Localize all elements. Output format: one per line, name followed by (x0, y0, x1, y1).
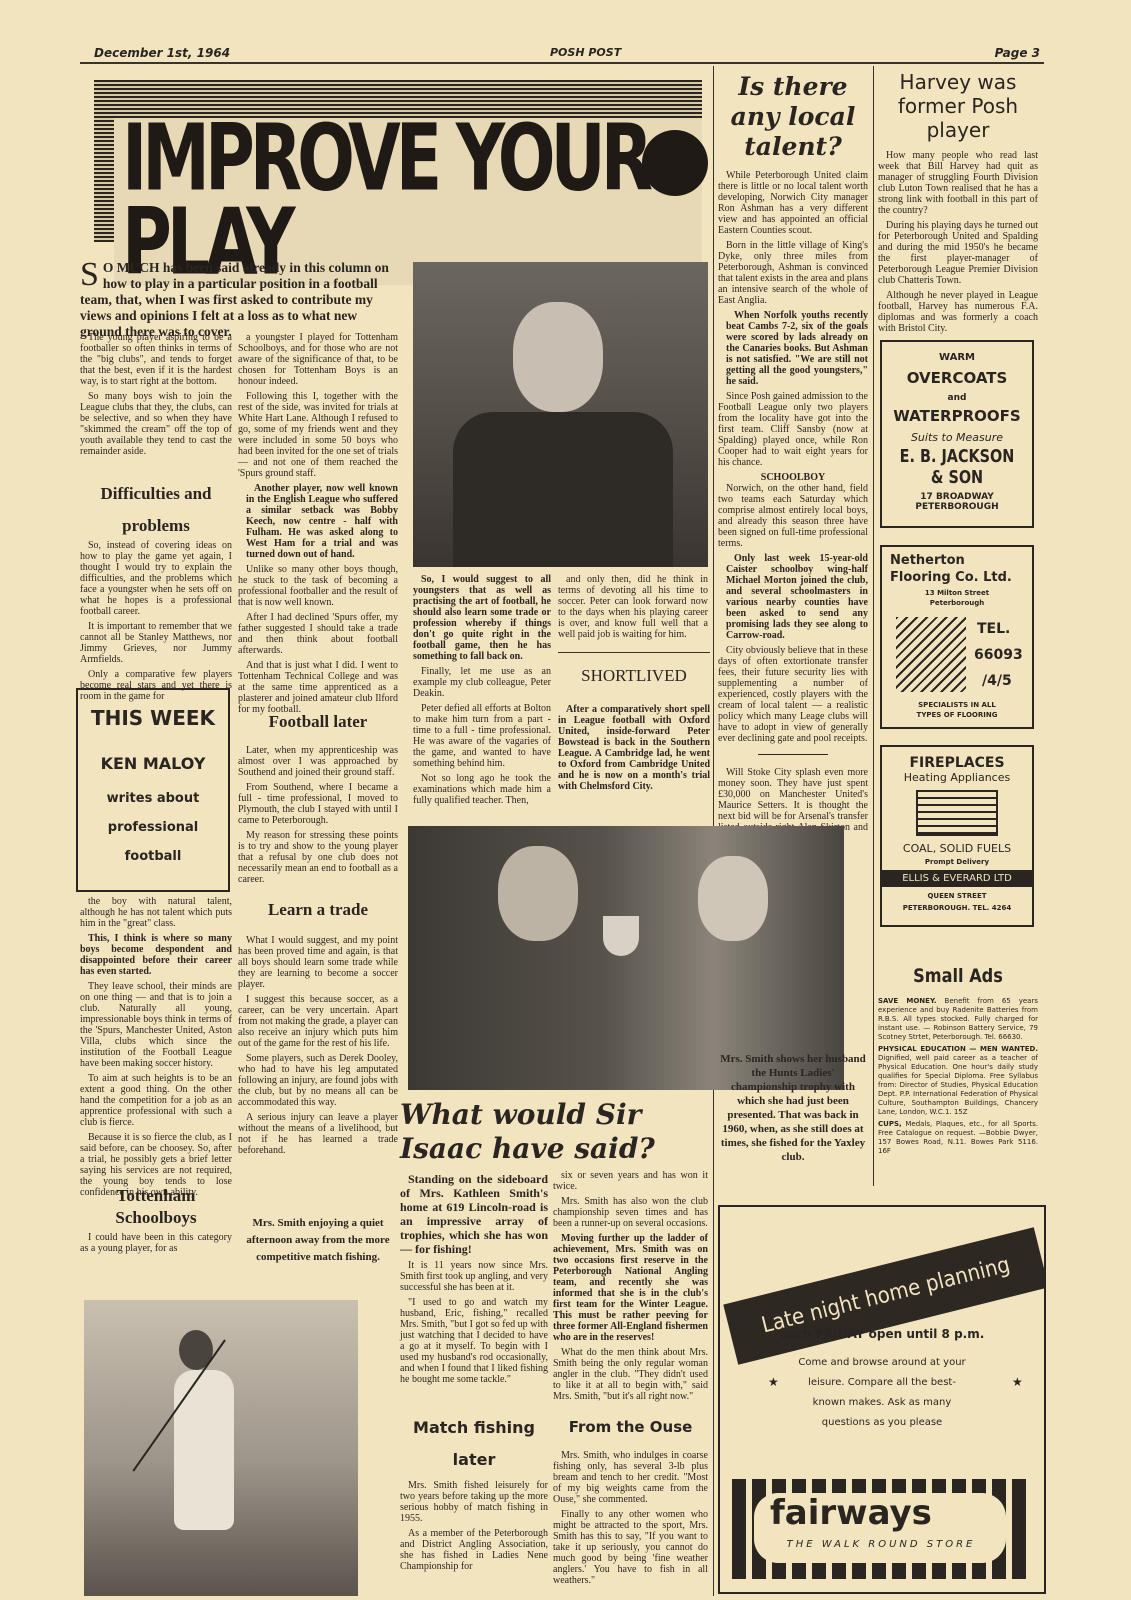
issue-date: December 1st, 1964 (94, 46, 230, 60)
trophy-photo-caption: Mrs. Smith shows her husband the Hunts L… (718, 1052, 868, 1164)
fishing-column-1b: Mrs. Smith fished leisurely for two year… (400, 1480, 548, 1576)
mrs-smith-fishing-photo (84, 1300, 358, 1596)
subhead-tottenham: Tottenham Schoolboys (80, 1185, 232, 1229)
local-talent-title: Is there any local talent? (718, 72, 868, 162)
ad-eb-jackson: WARM OVERCOATS and WATERPROOFS Suits to … (880, 340, 1034, 528)
subhead-football-later: Football later (238, 712, 398, 732)
husband-face (498, 846, 578, 941)
subhead-difficulties: Difficulties and problems (80, 478, 232, 542)
subhead-from-the-ouse: From the Ouse (553, 1418, 708, 1436)
fairways-logo-frame: fairways THE WALK ROUND STORE (732, 1479, 1030, 1579)
article-column-2c: Later, when my apprenticeship was almost… (238, 745, 398, 889)
shortlived-title: SHORTLIVED (558, 666, 710, 686)
trophy-cup (603, 916, 639, 956)
fireplace-illustration (916, 790, 998, 836)
local-talent-story: Is there any local talent? While Peterbo… (718, 72, 868, 848)
article-column-1b: So, instead of covering ideas on how to … (80, 540, 232, 706)
fairways-blurb: Come and browse around at your leisure. … (798, 1353, 966, 1433)
player-photo (413, 262, 708, 567)
article-column-1c: the boy with natural talent, although he… (80, 896, 232, 1202)
article-column-2d: What I would suggest, and my point has b… (238, 935, 398, 1160)
drop-cap: S (80, 260, 99, 290)
player-shirt (453, 412, 673, 567)
article-column-3: So, I would suggest to all youngsters th… (413, 574, 551, 810)
shortlived-story: SHORTLIVED After a comparatively short s… (558, 666, 710, 792)
player-face (513, 302, 603, 412)
article-column-2: a youngster I played for Tottenham Schoo… (238, 332, 398, 719)
fishing-photo-caption: Mrs. Smith enjoying a quiet afternoon aw… (244, 1215, 392, 1266)
angler-dress (174, 1370, 234, 1530)
paper-name: POSH POST (550, 46, 621, 59)
article-column-1: The young player aspiring to be a footba… (80, 332, 232, 461)
this-week-box: THIS WEEK KEN MALOY writes about profess… (76, 688, 230, 892)
ad-ellis-everard: FIREPLACES Heating Appliances COAL, SOLI… (880, 745, 1034, 927)
article-column-1e: I could have been in this category as a … (80, 1232, 232, 1258)
star-icon: ★ (1012, 1375, 1023, 1389)
lead-intro: SO MUCH has been said already in this co… (80, 260, 398, 340)
harvey-story: Harvey was former Posh player How many p… (878, 70, 1038, 338)
fishing-column-2c: Mrs. Smith, who indulges in coarse fishi… (553, 1450, 708, 1590)
improve-your-play-banner: IMPROVE YOUR PLAY (94, 80, 702, 242)
masthead: December 1st, 1964 POSH POST Page 3 (80, 40, 1044, 64)
fishing-title: What would Sir Isaac have said? (400, 1098, 710, 1166)
fairways-brand: fairways (770, 1493, 932, 1533)
subhead-learn-a-trade: Learn a trade (238, 900, 398, 920)
football-icon (642, 130, 708, 196)
fishing-column-1: Standing on the sideboard of Mrs. Kathle… (400, 1172, 548, 1389)
article-column-4: and only then, did he think in terms of … (558, 574, 708, 644)
column-rule (873, 66, 874, 1186)
ad-fairways: Late night home planning each FRIDAY ope… (718, 1205, 1046, 1594)
small-ads-title: Small Ads (890, 965, 1026, 987)
friday-hours: each FRIDAY open until 8 p.m. (720, 1327, 1044, 1341)
mrs-smith-face (698, 856, 768, 941)
small-ads: Small Ads SAVE MONEY. Benefit from 65 ye… (878, 965, 1038, 1156)
floor-layer-illustration (896, 617, 966, 692)
subhead-schoolboy: SCHOOLBOY (718, 472, 868, 483)
late-night-banner: Late night home planning (723, 1227, 1046, 1365)
divider (758, 754, 828, 755)
page-number: Page 3 (995, 46, 1040, 60)
star-icon: ★ (768, 1375, 779, 1389)
harvey-title: Harvey was former Posh player (878, 70, 1038, 142)
trophy-photo (408, 826, 844, 1090)
subhead-match-fishing: Match fishing later (400, 1412, 548, 1476)
fishing-column-2: six or seven years and has won it twice.… (553, 1170, 708, 1406)
divider (558, 652, 710, 653)
ad-netherton-flooring: Netherton Flooring Co. Ltd. 13 Milton St… (880, 545, 1034, 729)
fairways-tagline: THE WALK ROUND STORE (732, 1539, 1030, 1550)
